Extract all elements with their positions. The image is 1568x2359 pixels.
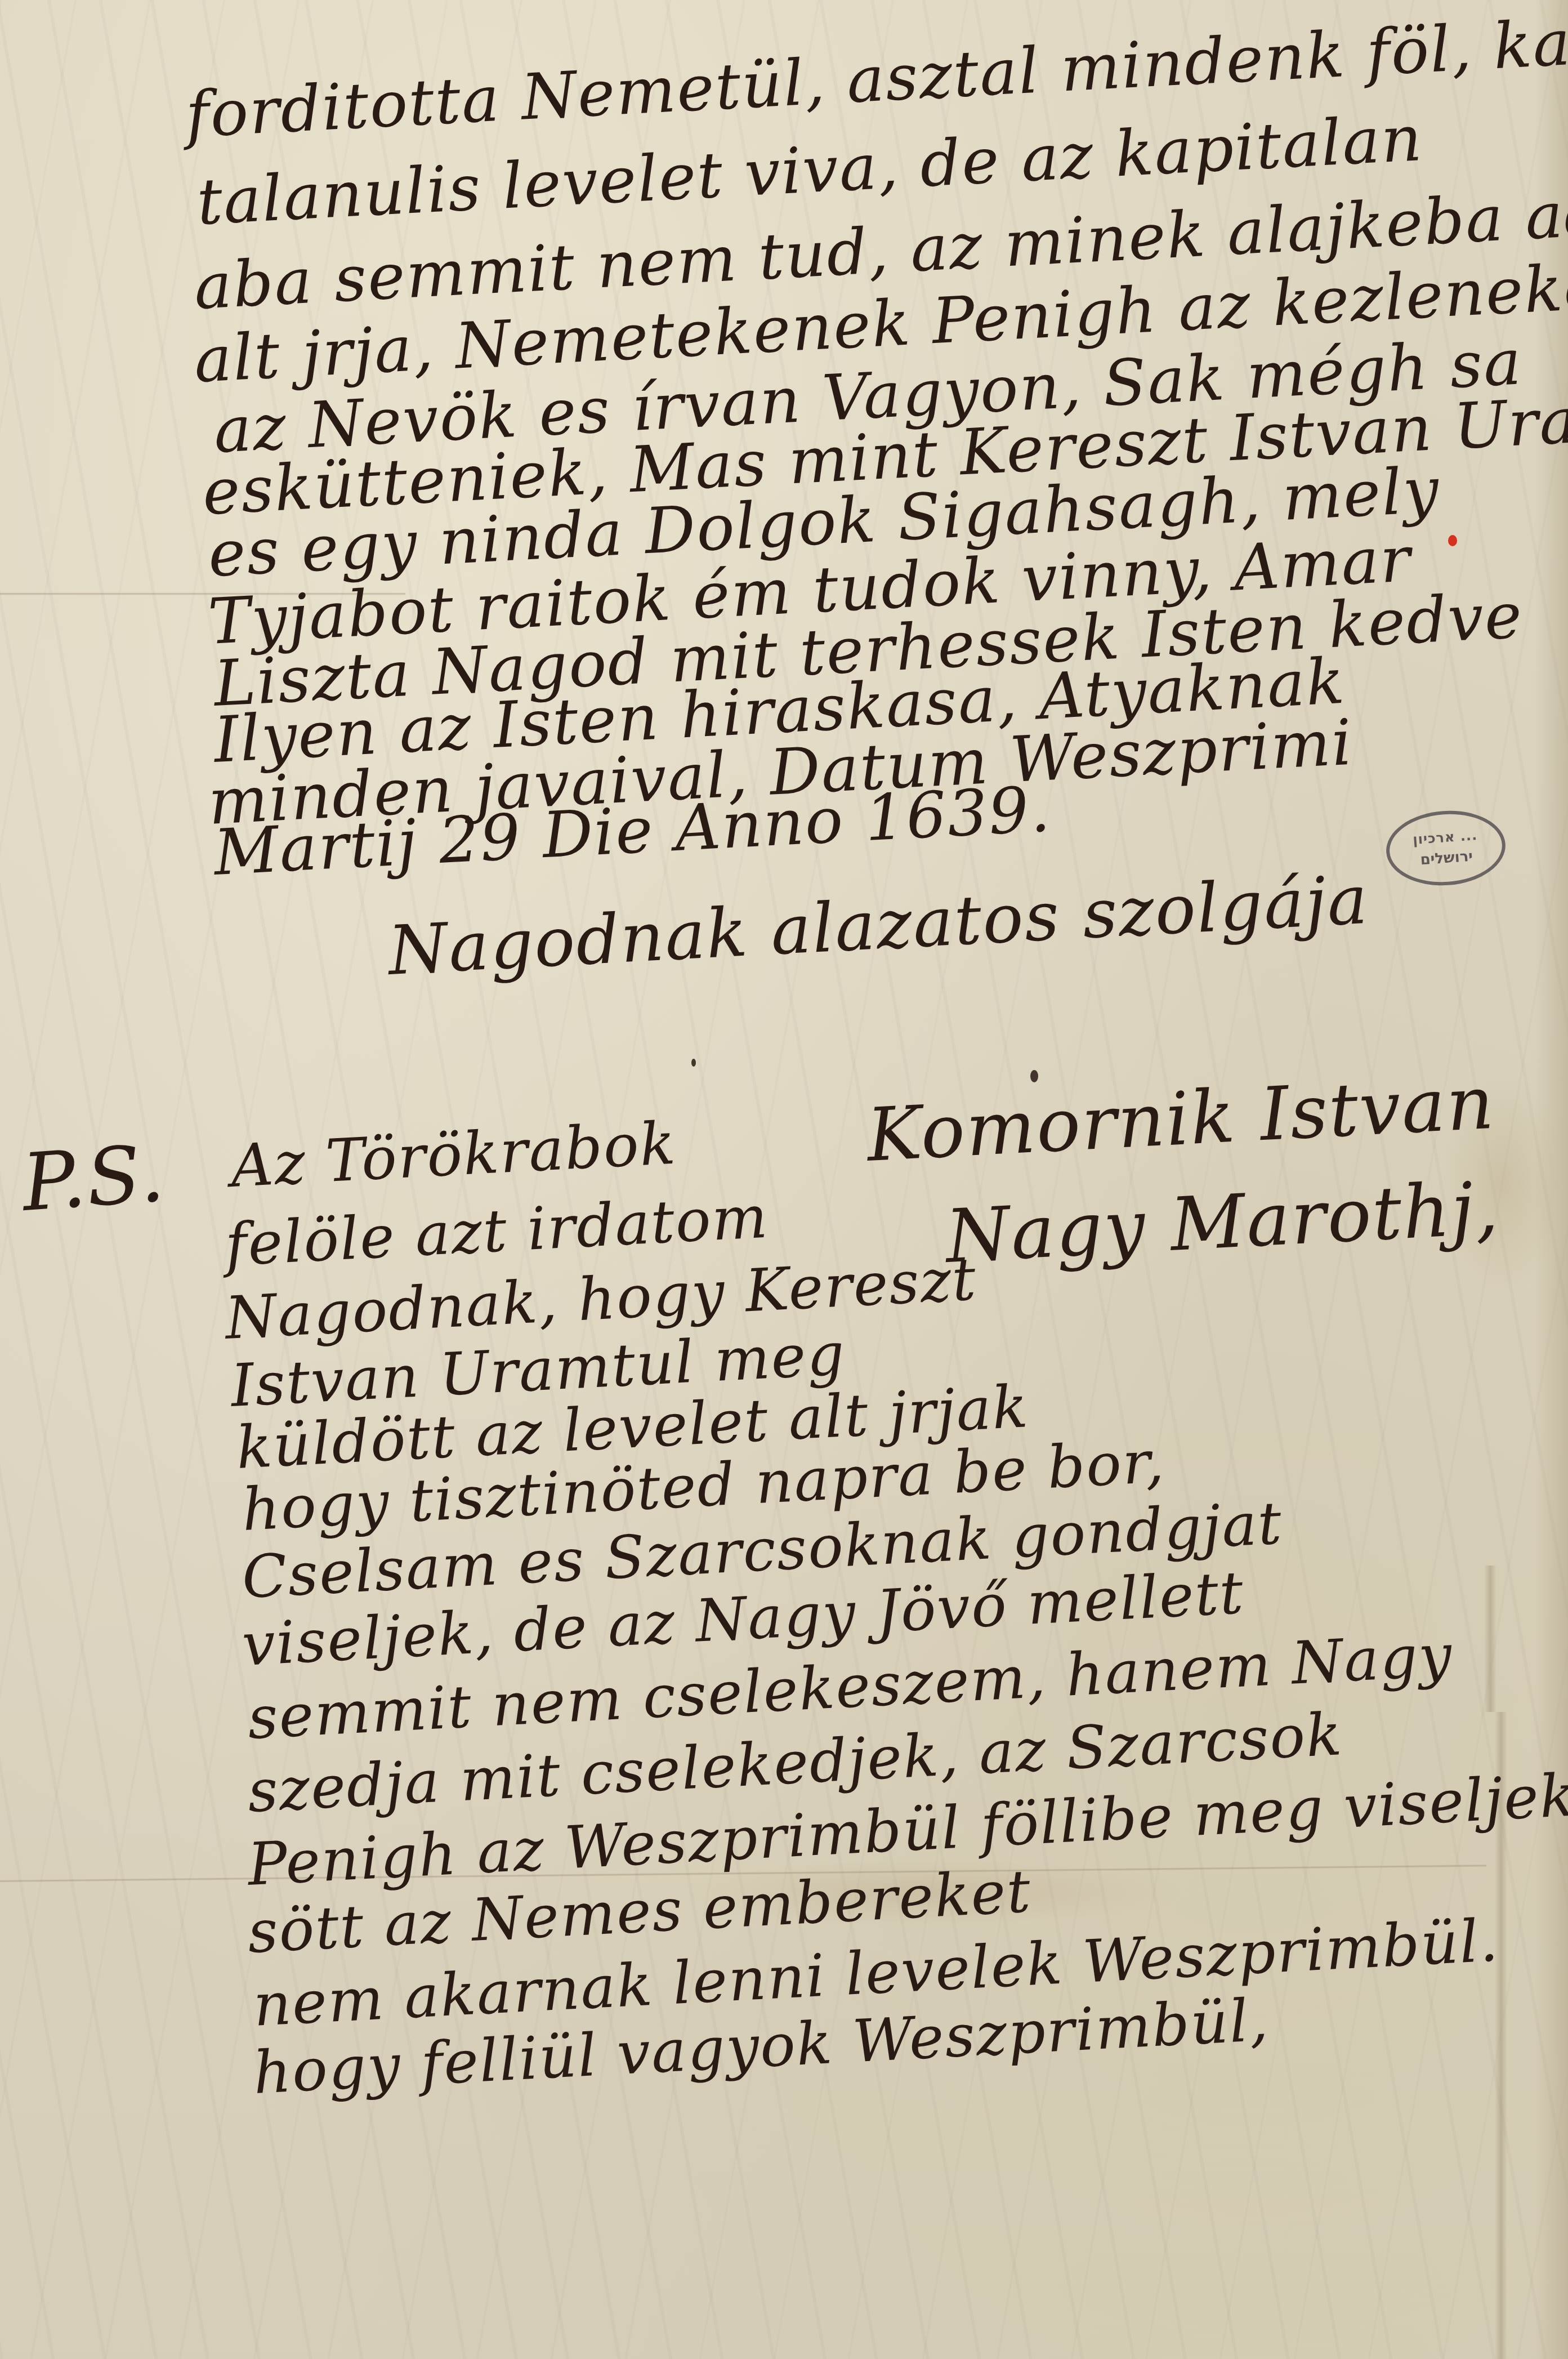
stamp-top-text: ארכיון ...	[1412, 827, 1477, 848]
ink-dot	[691, 1059, 696, 1067]
ink-dot	[1030, 1070, 1038, 1082]
stamp-bottom-text: ירושלים	[1420, 848, 1473, 868]
postscript-label: P.S.	[19, 1127, 168, 1229]
postscript-line-1: Az Törökrabok	[229, 1109, 678, 1201]
letter-closing: Nagodnak alazatos szolgája	[386, 861, 1370, 991]
red-ink-dot	[1448, 535, 1457, 546]
document-page: forditotta Nemetül, asztal mindenk föl, …	[0, 0, 1568, 2359]
signature-name: Komornik Istvan	[865, 1060, 1496, 1178]
signature-place: Nagy Marothj,	[944, 1165, 1501, 1279]
fold-line-vertical-right-upper	[1484, 1566, 1496, 1712]
archive-stamp: ארכיון ... ירושלים	[1384, 807, 1508, 889]
